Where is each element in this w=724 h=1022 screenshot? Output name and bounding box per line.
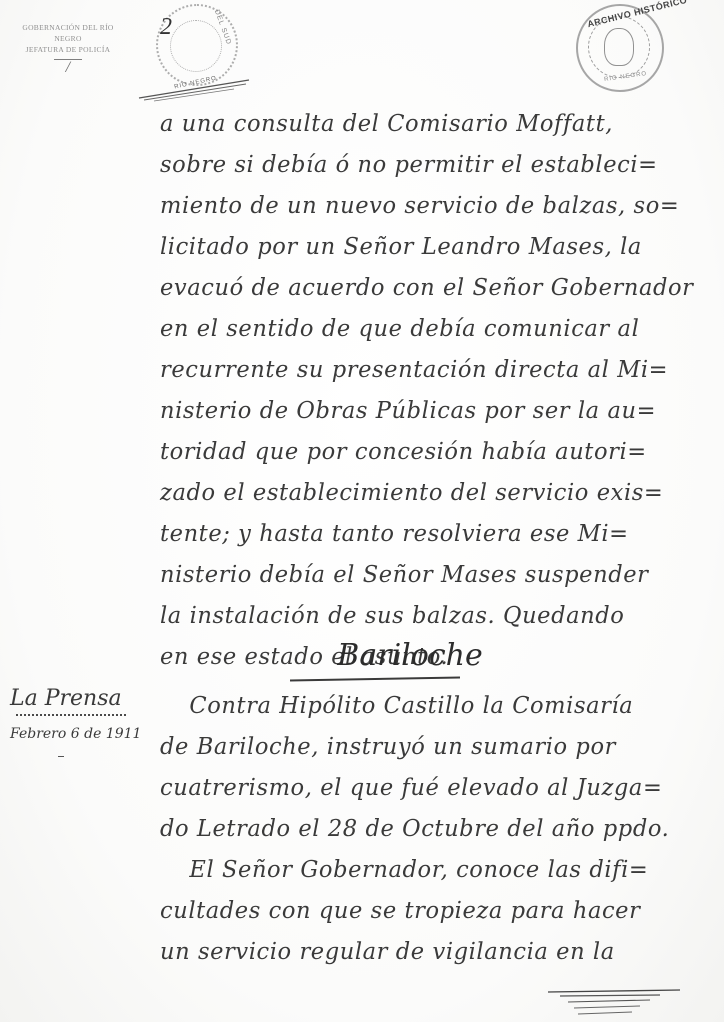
document-page: GOBERNACIÓN DEL RÍO NEGRO JEFATURA DE PO… [0, 0, 724, 1022]
text-line: la instalación de sus balzas. Quedando [160, 596, 709, 637]
page-number: 2 [160, 14, 172, 41]
police-stamp: GOBERNACIÓN DEL RÍO NEGRO JEFATURA DE PO… [8, 22, 128, 76]
text-line: licitado por un Señor Leandro Mases, la [160, 227, 709, 268]
text-line: nisterio debía el Señor Mases suspender [160, 555, 709, 596]
text-line: nisterio de Obras Públicas por ser la au… [160, 391, 709, 432]
margin-source: La Prensa [10, 682, 150, 716]
section-heading: Bariloche [280, 636, 540, 676]
text-line: en el sentido de que debía comunicar al [160, 309, 709, 350]
text-line: tente; y hasta tanto resolviera ese Mi= [160, 514, 709, 555]
seal-inner-ring-icon [170, 20, 222, 72]
archive-stamp: ARCHIVO HISTÓRICO RIO NEGRO [574, 2, 666, 94]
margin-note: La Prensa Febrero 6 de 1911 [10, 682, 150, 757]
text-line: de Bariloche, instruyó un sumario por [160, 727, 709, 768]
text-line: cultades con que se tropieza para hacer [160, 891, 709, 932]
text-line: cuatrerismo, el que fué elevado al Juzga… [160, 768, 709, 809]
stamp-line-2: JEFATURA DE POLICÍA [8, 44, 128, 55]
stamp-mark: / [8, 60, 128, 76]
paragraph-1: a una consulta del Comisario Moffatt, so… [160, 104, 720, 678]
margin-dash [58, 756, 64, 757]
text-line: un servicio regular de vigilancia en la [160, 932, 709, 973]
text-line: toridad que por concesión había autori= [160, 432, 709, 473]
text-line: sobre si debía ó no permitir el establec… [160, 145, 709, 186]
text-line: do Letrado el 28 de Octubre del año ppdo… [160, 809, 709, 850]
text-line: zado el establecimiento del servicio exi… [160, 473, 709, 514]
text-line: El Señor Gobernador, conoce las difi= [160, 850, 709, 891]
stamp-line-1: GOBERNACIÓN DEL RÍO NEGRO [8, 22, 128, 44]
pen-strokes-icon [134, 72, 254, 102]
text-line: miento de un nuevo servicio de balzas, s… [160, 186, 709, 227]
text-line: Contra Hipólito Castillo la Comisaría [160, 686, 709, 727]
round-seal-stamp: 2 DEL SUD RIO NEGRO [148, 2, 240, 92]
text-line: a una consulta del Comisario Moffatt, [160, 104, 709, 145]
text-line: evacuó de acuerdo con el Señor Gobernado… [160, 268, 709, 309]
text-line: recurrente su presentación directa al Mi… [160, 350, 709, 391]
end-flourish-icon [540, 986, 690, 1022]
paragraph-2: Contra Hipólito Castillo la Comisaría de… [160, 686, 720, 973]
coat-of-arms-icon [604, 28, 634, 66]
margin-date: Febrero 6 de 1911 [10, 720, 150, 748]
